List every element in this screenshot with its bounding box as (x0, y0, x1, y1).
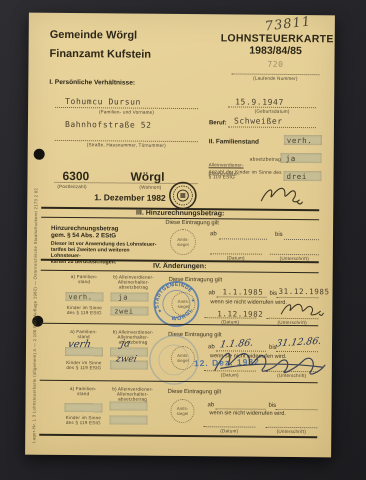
print-run-vertical-text: Lager-Nr. L 3 Lohnsteuerkarte (allgemein… (31, 103, 39, 443)
stamp-star-left: ★ (157, 308, 163, 314)
r1-from-label: ab (208, 290, 215, 296)
r1-to-value: 31.12.1985 (278, 287, 329, 296)
street-value: Bahnhofstraße 52 (65, 120, 152, 130)
r3-revoke-note: wenn sie nicht widerrufen wird. (209, 410, 286, 417)
birthdate-label: (Geburtsdatum) (228, 108, 316, 114)
section1-title: I. Persönliche Verhältnisse: (49, 79, 135, 87)
issuer-tax-office: Finanzamt Kufstein (50, 48, 152, 61)
seal-label-line2: siegel (177, 242, 189, 247)
children-value: drei (286, 172, 307, 181)
allowance-value: ja (286, 154, 296, 163)
r2-marital-value: verh (67, 339, 92, 350)
r3-allowance-box (109, 401, 147, 410)
occupation-value: Schweißer (234, 116, 283, 125)
svg-text:WÖRGL: WÖRGL (168, 305, 196, 324)
issue-date: 1. Dezember 1982 (94, 192, 165, 203)
postal-label: (Postleitzahl) (57, 184, 86, 189)
occupation-label: Beruf: (209, 120, 227, 126)
official-signature-1 (257, 181, 307, 207)
r3-from-label: ab (207, 402, 214, 408)
issuer-municipality: Gemeinde Wörgl (50, 29, 138, 42)
serial-label: (Laufende Nummer) (231, 75, 319, 81)
marital-status-label: II. Familienstand (209, 138, 259, 145)
r1-children-label-l2: des § 119 EStG (58, 310, 110, 315)
name-label: (Familien- und Vorname) (55, 109, 198, 115)
birthdate-value: 15.9.1947 (235, 97, 284, 106)
section3-from-line (219, 238, 267, 239)
occupation-line (228, 126, 316, 128)
r3-children-box (109, 415, 147, 424)
marital-status-value: verh. (287, 136, 313, 145)
name-value: Tohumcu Dursun (65, 97, 141, 107)
r1-from-value: 1.1.1985 (222, 287, 263, 296)
r2-children-value: zwei (115, 354, 138, 364)
city-label: (Wohnort) (139, 185, 161, 190)
stamp-star-right: ★ (190, 297, 196, 303)
r1-children-value: zwei (114, 307, 133, 315)
r2-children-label-l2: des § 119 EStG (58, 365, 110, 370)
r3-entry-valid: Diese Eintragung gilt (168, 389, 222, 395)
r3-seal-placeholder: Amts- siegel (170, 399, 194, 423)
stamp-ring-bottom-text: WÖRGL (168, 305, 196, 324)
section3-body-line2: tarifes bei Zweiten und weiteren Lohnste… (51, 247, 161, 260)
street-label: (Straße, Hausnummer, Türnummer) (55, 142, 198, 148)
r3-col-marital-l2: stand (56, 391, 111, 396)
section3-to-label: bis (275, 232, 283, 238)
lohnsteuerkarte-document: Lager-Nr. L 3 Lohnsteuerkarte (allgemein… (25, 13, 335, 458)
divider (39, 434, 317, 438)
section3-from-label: ab (210, 231, 217, 237)
r3-children-label-l2: des § 119 EStG (57, 420, 109, 425)
serial-number-stamp: 720 (220, 59, 330, 69)
r1-marital-value: verh. (68, 293, 92, 301)
official-seal-placeholder: Amts- siegel (170, 229, 196, 255)
r1-revoke-note: wenn sie nicht widerrufen wird. (210, 299, 287, 306)
section3-to-line (284, 239, 319, 240)
signature-row1 (278, 298, 324, 318)
allowance-label-line1: Alleinverdiener- (209, 162, 244, 168)
r1-allowance-value: ja (118, 293, 128, 301)
signature-row2 (211, 340, 329, 381)
r3-marital-box (64, 403, 102, 412)
card-title: LOHNSTEUERKARTE (221, 32, 331, 45)
card-years: 1983/84/85 (221, 44, 331, 57)
r3-seal-l2: siegel (177, 411, 189, 416)
handwritten-file-number: 73811 (264, 14, 312, 34)
embossed-municipal-seal-icon (168, 181, 197, 210)
r3-date-label: (Datum) (203, 428, 255, 433)
section3-heading-line2: gem. § 54 Abs. 2 EStG (51, 232, 161, 240)
r3-signature-label: (Unterschrift) (265, 429, 317, 434)
r1-col-marital-l2: stand (57, 279, 112, 284)
r1-from-line (216, 296, 266, 297)
allowance-label-suffix: absetzbetrag (250, 157, 281, 163)
r1-allowance-box (110, 292, 148, 301)
